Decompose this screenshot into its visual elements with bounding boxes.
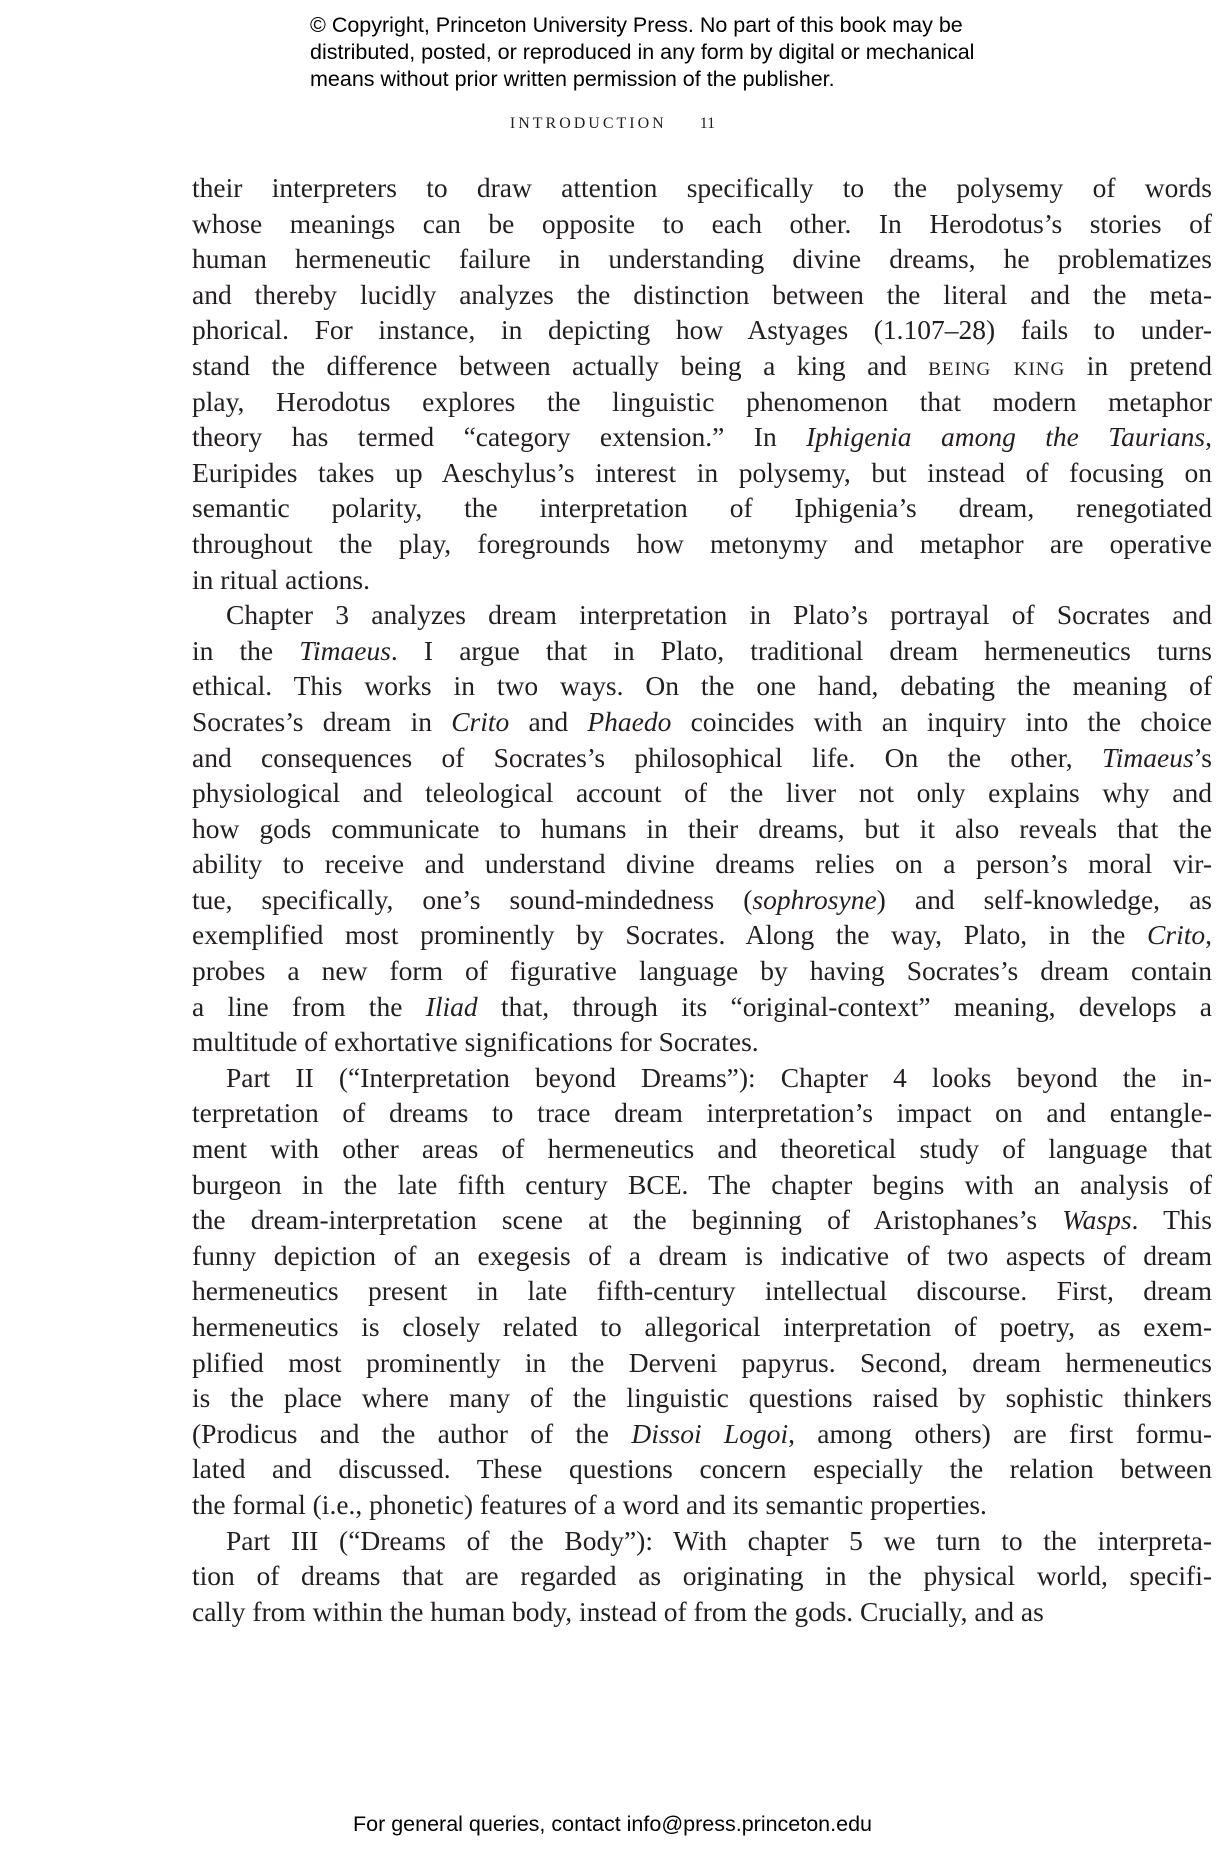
text-line: ment with other areas of hermeneutics an… <box>192 1131 1212 1167</box>
text-line: cally from within the human body, instea… <box>192 1594 1212 1630</box>
text-line: how gods communicate to humans in their … <box>192 811 1212 847</box>
text-line: multitude of exhortative significations … <box>192 1024 1212 1060</box>
text-line: (Prodicus and the author of the Dissoi L… <box>192 1416 1212 1452</box>
body-text: their interpreters to draw attention spe… <box>192 170 1212 1629</box>
paragraph: Part III (“Dreams of the Body”): With ch… <box>192 1523 1212 1630</box>
running-head: INTRODUCTION 11 <box>0 115 1225 133</box>
text-line: hermeneutics is closely related to alleg… <box>192 1309 1212 1345</box>
text-line: and consequences of Socrates’s philosoph… <box>192 740 1212 776</box>
copyright-line: distributed, posted, or reproduced in an… <box>310 39 1070 66</box>
text-line: funny depiction of an exegesis of a drea… <box>192 1238 1212 1274</box>
text-line: Chapter 3 analyzes dream interpretation … <box>192 597 1212 633</box>
text-line: their interpreters to draw attention spe… <box>192 170 1212 206</box>
text-line: whose meanings can be opposite to each o… <box>192 206 1212 242</box>
text-line: in the Timaeus. I argue that in Plato, t… <box>192 633 1212 669</box>
text-line: plified most prominently in the Derveni … <box>192 1345 1212 1381</box>
text-line: Euripides takes up Aeschylus’s interest … <box>192 455 1212 491</box>
text-line: the dream-interpretation scene at the be… <box>192 1202 1212 1238</box>
text-line: in ritual actions. <box>192 562 1212 598</box>
text-line: play, Herodotus explores the linguistic … <box>192 384 1212 420</box>
copyright-line: © Copyright, Princeton University Press.… <box>310 12 1070 39</box>
running-head-section: INTRODUCTION <box>510 115 667 132</box>
copyright-notice: © Copyright, Princeton University Press.… <box>310 12 1070 93</box>
text-line: throughout the play, foregrounds how met… <box>192 526 1212 562</box>
text-line: burgeon in the late fifth century BCE. T… <box>192 1167 1212 1203</box>
paragraph: their interpreters to draw attention spe… <box>192 170 1212 597</box>
text-line: terpretation of dreams to trace dream in… <box>192 1095 1212 1131</box>
copyright-line: means without prior written permission o… <box>310 66 1070 93</box>
text-line: phorical. For instance, in depicting how… <box>192 312 1212 348</box>
footer-contact: For general queries, contact info@press.… <box>0 1812 1225 1837</box>
text-line: Part II (“Interpretation beyond Dreams”)… <box>192 1060 1212 1096</box>
text-line: theory has termed “category extension.” … <box>192 419 1212 455</box>
text-line: probes a new form of figurative language… <box>192 953 1212 989</box>
text-line: is the place where many of the linguisti… <box>192 1380 1212 1416</box>
text-line: Socrates’s dream in Crito and Phaedo coi… <box>192 704 1212 740</box>
text-line: stand the difference between actually be… <box>192 348 1212 384</box>
text-line: physiological and teleological account o… <box>192 775 1212 811</box>
text-line: tion of dreams that are regarded as orig… <box>192 1558 1212 1594</box>
text-line: a line from the Iliad that, through its … <box>192 989 1212 1025</box>
page-number: 11 <box>700 115 715 133</box>
paragraph: Chapter 3 analyzes dream interpretation … <box>192 597 1212 1060</box>
text-line: human hermeneutic failure in understandi… <box>192 241 1212 277</box>
text-line: ability to receive and understand divine… <box>192 846 1212 882</box>
text-line: tue, specifically, one’s sound-mindednes… <box>192 882 1212 918</box>
text-line: hermeneutics present in late fifth-centu… <box>192 1273 1212 1309</box>
text-line: the formal (i.e., phonetic) features of … <box>192 1487 1212 1523</box>
paragraph: Part II (“Interpretation beyond Dreams”)… <box>192 1060 1212 1523</box>
text-line: lated and discussed. These questions con… <box>192 1451 1212 1487</box>
text-line: semantic polarity, the interpretation of… <box>192 490 1212 526</box>
text-line: exemplified most prominently by Socrates… <box>192 917 1212 953</box>
text-line: Part III (“Dreams of the Body”): With ch… <box>192 1523 1212 1559</box>
text-line: ethical. This works in two ways. On the … <box>192 668 1212 704</box>
text-line: and thereby lucidly analyzes the distinc… <box>192 277 1212 313</box>
